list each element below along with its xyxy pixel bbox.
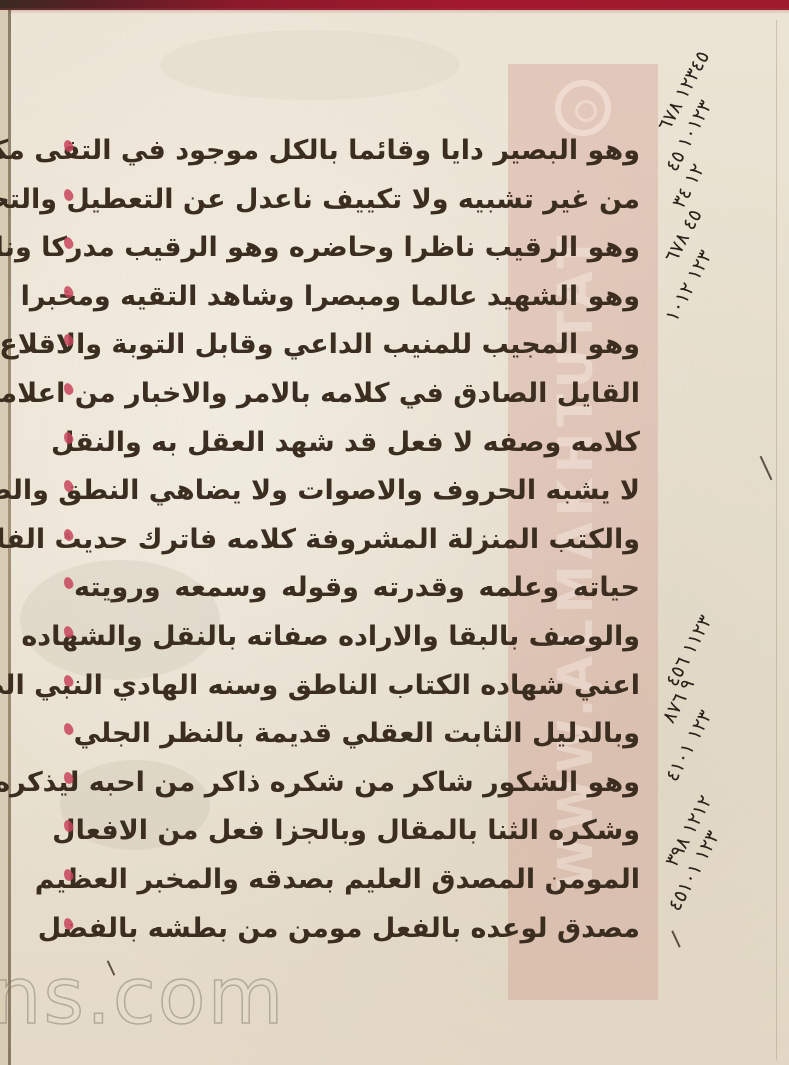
text-line: اعني شهاده الكتاب الناطق وسنه الهادي الن… bbox=[60, 663, 640, 712]
text-line: وهو المجيب للمنيب الداعي وقابل التوبة وا… bbox=[60, 322, 640, 371]
line-text: كلامه وصفه لا فعل قد شهد العقل به والنقل bbox=[74, 420, 640, 466]
line-text: لا يشبه الحروف والاصوات ولا يضاهي النطق … bbox=[74, 468, 640, 514]
right-page-edge bbox=[776, 20, 777, 1060]
line-text: القايل الصادق في كلامه بالامر والاخبار م… bbox=[74, 371, 640, 417]
text-line: وهو الشهيد عالما ومبصرا وشاهد التقيه ومخ… bbox=[60, 274, 640, 323]
text-line: وهو الرقيب ناظرا وحاضره وهو الرقيب مدركا… bbox=[60, 225, 640, 274]
line-text: المومن المصدق العليم بصدقه والمخبر العظي… bbox=[74, 857, 640, 903]
text-line: مصدق لوعده بالفعل مومن من بطشه بالفضل bbox=[60, 906, 640, 955]
watermark-bottom-text: ns.com bbox=[0, 958, 285, 1036]
text-line: حياته وعلمه وقدرته وقوله وسمعه ورويته bbox=[60, 565, 640, 614]
text-line: وهو الشكور شاكر من شكره ذاكر من احبه ليذ… bbox=[60, 760, 640, 809]
text-line: وشكره الثنا بالمقال وبالجزا فعل من الافع… bbox=[60, 808, 640, 857]
line-text: وهو الرقيب ناظرا وحاضره وهو الرقيب مدركا… bbox=[74, 225, 640, 271]
text-line: المومن المصدق العليم بصدقه والمخبر العظي… bbox=[60, 857, 640, 906]
ink-stroke bbox=[671, 930, 680, 947]
line-text: حياته وعلمه وقدرته وقوله وسمعه ورويته bbox=[74, 565, 640, 611]
line-text: والكتب المنزلة المشروفة كلامه فاترك حديث… bbox=[74, 517, 640, 563]
text-line: لا يشبه الحروف والاصوات ولا يضاهي النطق … bbox=[60, 468, 640, 517]
line-text: وهو المجيب للمنيب الداعي وقابل التوبة وا… bbox=[74, 322, 640, 368]
text-line: من غير تشبيه ولا تكييف ناعدل عن التعطيل … bbox=[60, 177, 640, 226]
line-text: وشكره الثنا بالمقال وبالجزا فعل من الافع… bbox=[74, 808, 640, 854]
text-line: وبالدليل الثابت العقلي قديمة بالنظر الجل… bbox=[60, 711, 640, 760]
faded-offset-text bbox=[160, 30, 460, 100]
rubric-dot-icon bbox=[62, 576, 75, 590]
line-text: وهو الشكور شاكر من شكره ذاكر من احبه ليذ… bbox=[74, 760, 640, 806]
text-line: وهو البصير دايا وقائما بالكل موجود في ال… bbox=[60, 128, 640, 177]
line-text: وهو البصير دايا وقائما بالكل موجود في ال… bbox=[74, 128, 640, 174]
text-line: والكتب المنزلة المشروفة كلامه فاترك حديث… bbox=[60, 517, 640, 566]
line-text: وبالدليل الثابت العقلي قديمة بالنظر الجل… bbox=[74, 711, 640, 757]
line-text: مصدق لوعده بالفعل مومن من بطشه بالفضل bbox=[74, 906, 640, 952]
line-text: من غير تشبيه ولا تكييف ناعدل عن التعطيل … bbox=[74, 177, 640, 223]
line-text: والوصف بالبقا والاراده صفاته بالنقل والش… bbox=[74, 614, 640, 660]
manuscript-page: WWW.ALMAKHTUTAT وهو البصير دايا وقائما ب… bbox=[0, 0, 789, 1065]
red-binding-edge bbox=[0, 0, 789, 10]
rubric-dot-icon bbox=[62, 722, 75, 736]
text-line: كلامه وصفه لا فعل قد شهد العقل به والنقل bbox=[60, 420, 640, 469]
text-line: القايل الصادق في كلامه بالامر والاخبار م… bbox=[60, 371, 640, 420]
line-text: وهو الشهيد عالما ومبصرا وشاهد التقيه ومخ… bbox=[74, 274, 640, 320]
ink-stroke bbox=[760, 456, 773, 480]
text-line: والوصف بالبقا والاراده صفاته بالنقل والش… bbox=[60, 614, 640, 663]
margin-note: ١١٢٣ ٤٥٦ bbox=[661, 612, 717, 691]
main-text-block: وهو البصير دايا وقائما بالكل موجود في ال… bbox=[60, 128, 640, 954]
line-text: اعني شهاده الكتاب الناطق وسنه الهادي الن… bbox=[74, 663, 640, 709]
